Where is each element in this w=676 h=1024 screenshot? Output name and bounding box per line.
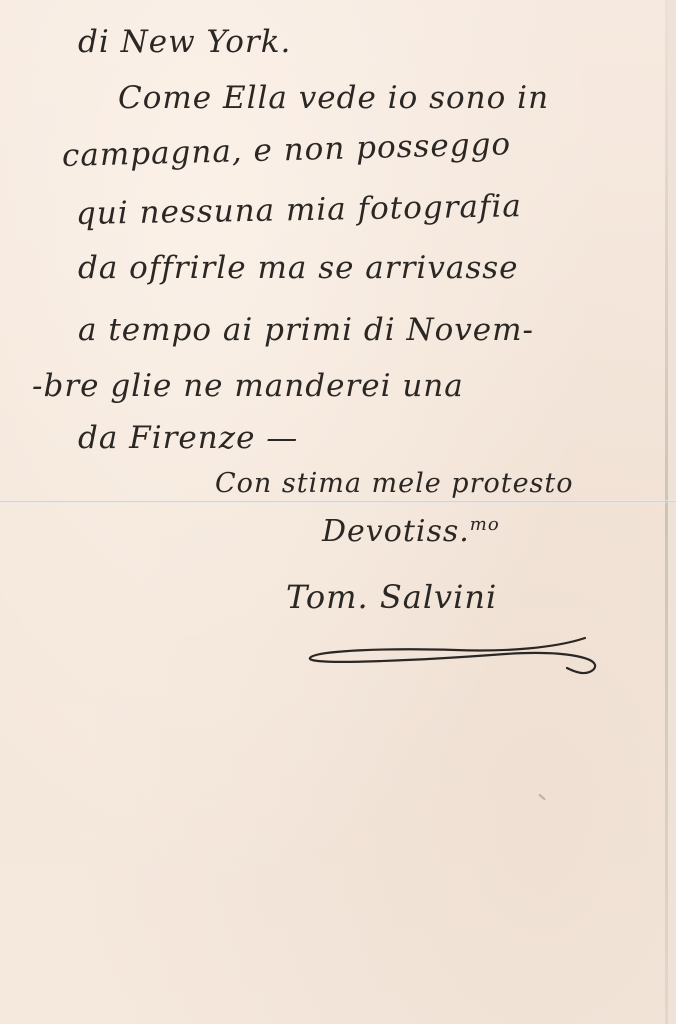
body-line-2: Come Ella vede io sono in xyxy=(118,80,549,116)
paper-speck xyxy=(538,794,545,801)
body-line-5: da offrirle ma se arrivasse xyxy=(78,250,519,286)
paper-fold-line xyxy=(0,500,676,503)
body-line-1: di New York. xyxy=(78,24,291,60)
signature-first-name: Tom. xyxy=(286,578,369,616)
body-line-4: qui nessuna mia fotografia xyxy=(76,188,522,232)
page-edge-shadow xyxy=(665,0,668,1024)
closing-line: Con stima mele protesto xyxy=(215,468,574,499)
valediction-text: Devotiss. xyxy=(322,514,470,549)
signature: Tom. Salvini xyxy=(286,578,497,616)
body-line-8: da Firenze — xyxy=(78,420,298,456)
body-line-7: -bre glie ne manderei una xyxy=(32,368,464,404)
valediction-superscript: mo xyxy=(470,514,500,535)
signature-last-name: Salvini xyxy=(380,578,497,616)
body-line-6: a tempo ai primi di Novem- xyxy=(78,312,534,348)
letter-page: di New York. Come Ella vede io sono in c… xyxy=(0,0,676,1024)
page-edge xyxy=(668,0,676,1024)
valediction: Devotiss.mo xyxy=(322,514,500,549)
body-line-3: campagna, e non posseggo xyxy=(62,126,512,174)
signature-flourish xyxy=(305,628,605,688)
